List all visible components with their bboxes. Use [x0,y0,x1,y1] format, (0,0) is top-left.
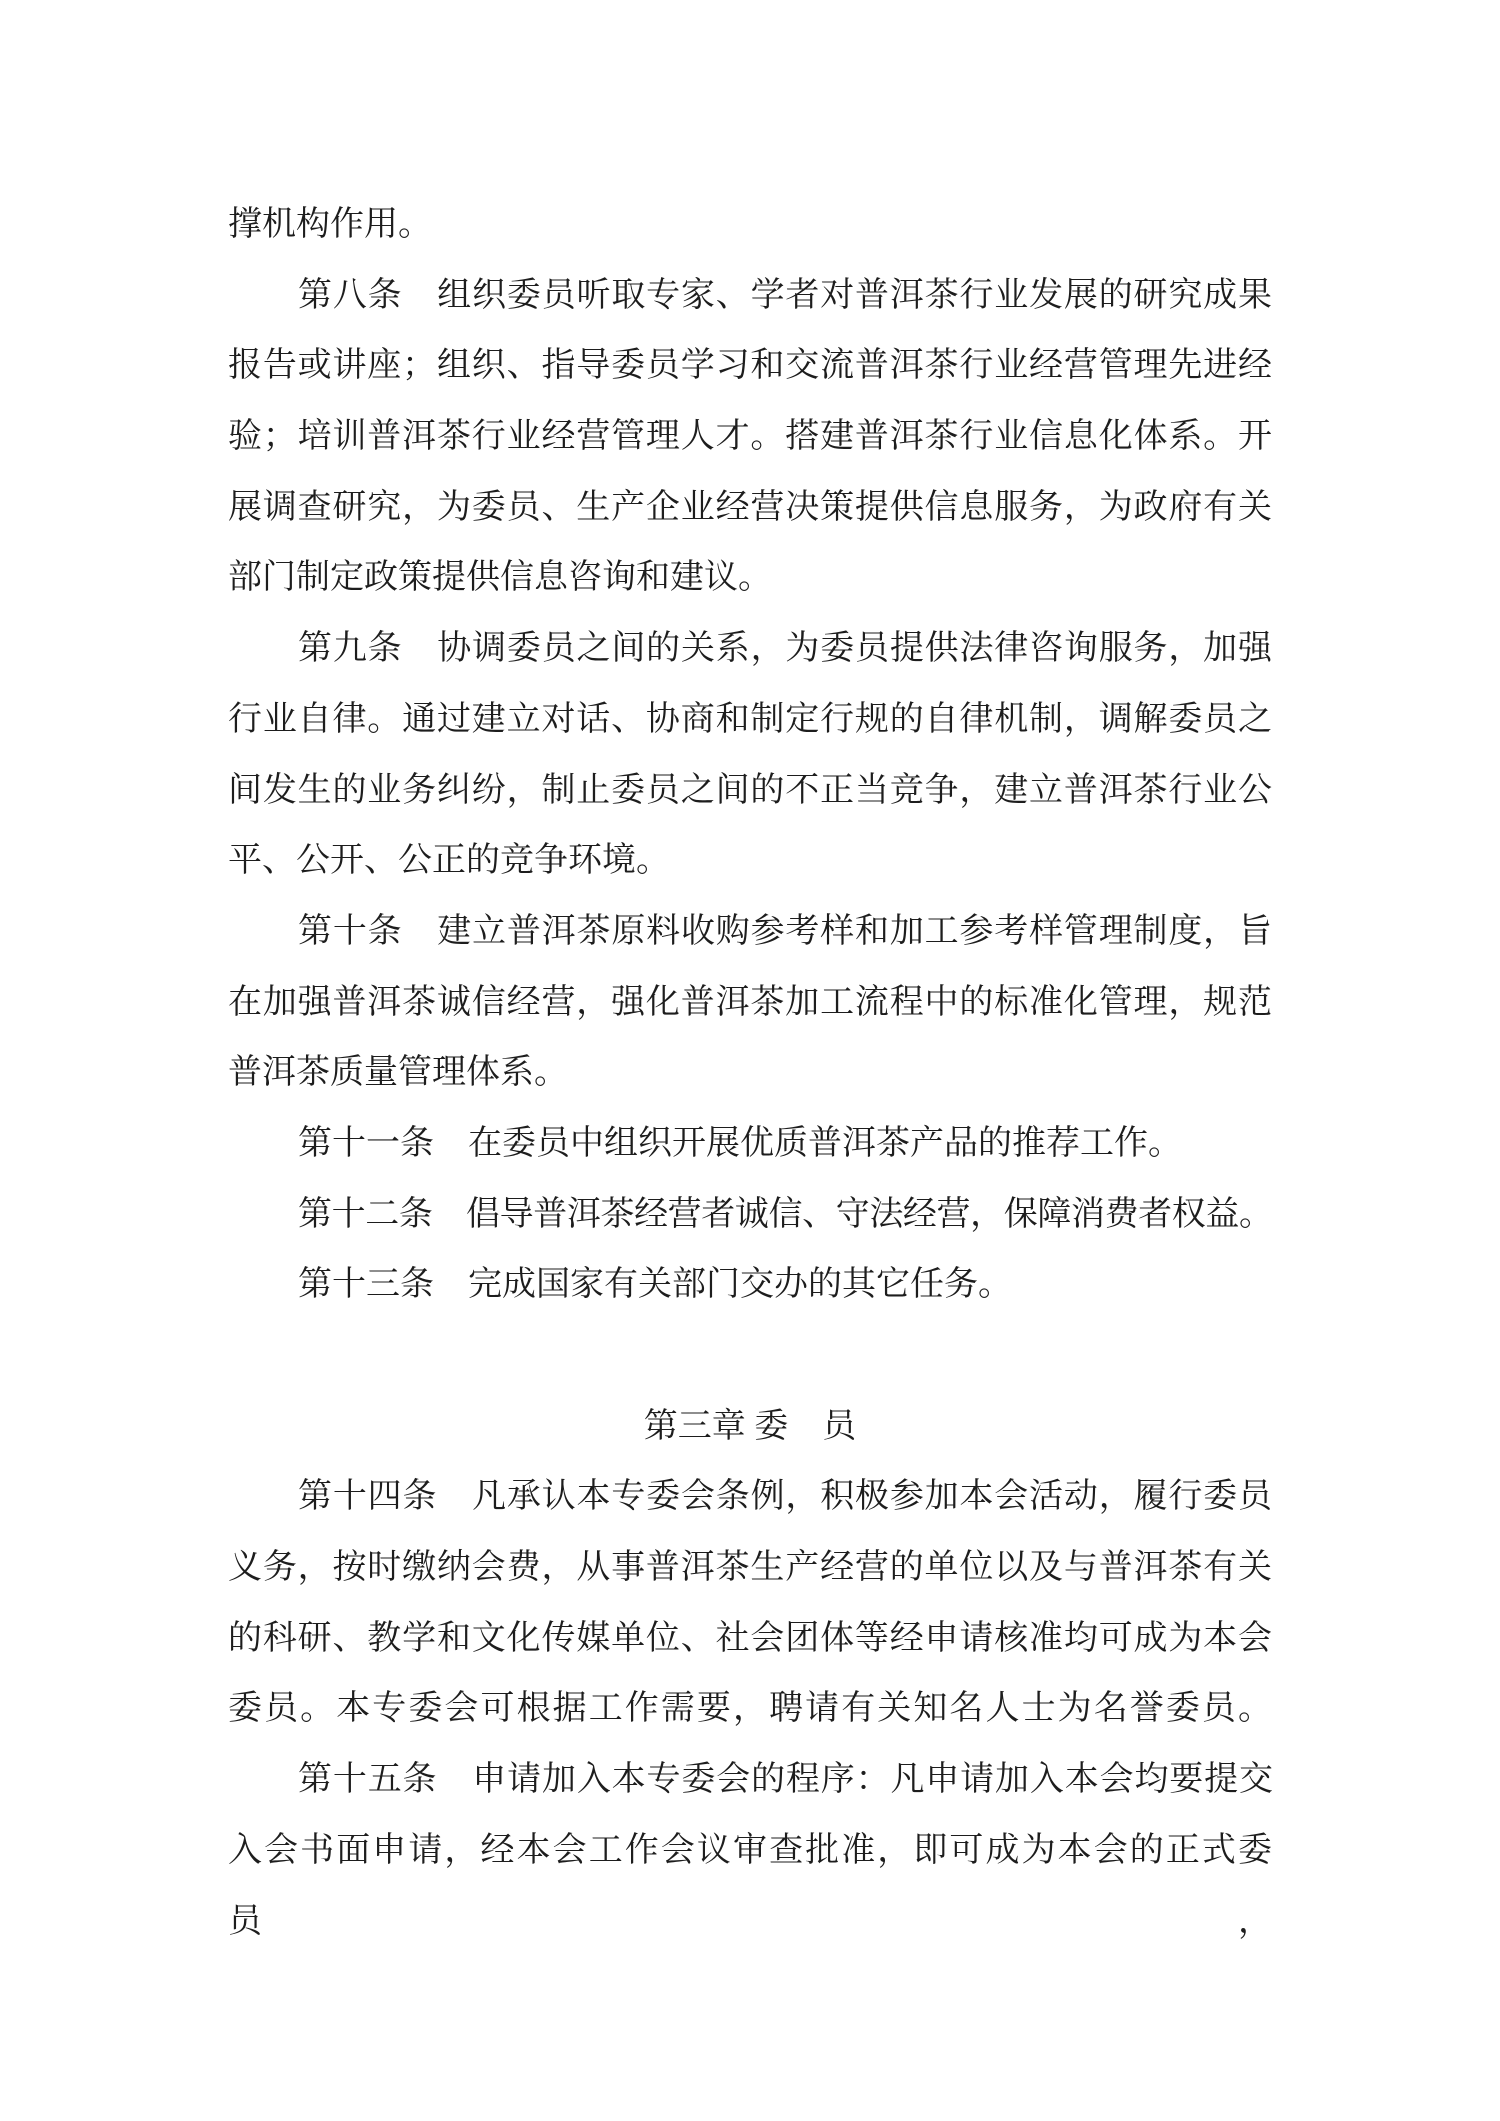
document-body: 撑机构作用。 第八条 组织委员听取专家、学者对普洱茶行业发展的研究成果 报告或讲… [228,190,1272,1887]
paragraph-line: 第十五条 申请加入本专委会的程序：凡申请加入本会均要提交 [228,1745,1272,1816]
paragraph-line: 部门制定政策提供信息咨询和建议。 [228,543,1272,614]
paragraph-line: 入会书面申请，经本会工作会议审查批准，即可成为本会的正式委员， [228,1816,1272,1887]
paragraph-line: 在加强普洱茶诚信经营，强化普洱茶加工流程中的标准化管理，规范 [228,968,1272,1039]
paragraph-line: 平、公开、公正的竞争环境。 [228,826,1272,897]
paragraph-line: 第九条 协调委员之间的关系，为委员提供法律咨询服务，加强 [228,614,1272,685]
paragraph-line: 第十三条 完成国家有关部门交办的其它任务。 [228,1250,1272,1321]
paragraph-line: 普洱茶质量管理体系。 [228,1038,1272,1109]
document-page: 撑机构作用。 第八条 组织委员听取专家、学者对普洱茶行业发展的研究成果 报告或讲… [0,0,1500,2121]
paragraph-line: 行业自律。通过建立对话、协商和制定行规的自律机制，调解委员之 [228,685,1272,756]
blank-line [228,1321,1272,1392]
paragraph-line: 第十条 建立普洱茶原料收购参考样和加工参考样管理制度，旨 [228,897,1272,968]
paragraph-line: 委员。本专委会可根据工作需要，聘请有关知名人士为名誉委员。 [228,1674,1272,1745]
paragraph-line: 义务，按时缴纳会费，从事普洱茶生产经营的单位以及与普洱茶有关 [228,1533,1272,1604]
paragraph-line: 的科研、教学和文化传媒单位、社会团体等经申请核准均可成为本会 [228,1604,1272,1675]
paragraph-line: 第十二条 倡导普洱茶经营者诚信、守法经营，保障消费者权益。 [228,1180,1272,1251]
paragraph-line: 第十四条 凡承认本专委会条例，积极参加本会活动，履行委员 [228,1462,1272,1533]
paragraph-line: 第八条 组织委员听取专家、学者对普洱茶行业发展的研究成果 [228,261,1272,332]
paragraph-line: 撑机构作用。 [228,190,1272,261]
paragraph-line: 第十一条 在委员中组织开展优质普洱茶产品的推荐工作。 [228,1109,1272,1180]
chapter-heading: 第三章 委 员 [228,1392,1272,1463]
paragraph-line: 间发生的业务纠纷，制止委员之间的不正当竞争，建立普洱茶行业公 [228,756,1272,827]
paragraph-line: 展调查研究，为委员、生产企业经营决策提供信息服务，为政府有关 [228,473,1272,544]
paragraph-line: 验；培训普洱茶行业经营管理人才。搭建普洱茶行业信息化体系。开 [228,402,1272,473]
paragraph-line: 报告或讲座；组织、指导委员学习和交流普洱茶行业经营管理先进经 [228,331,1272,402]
